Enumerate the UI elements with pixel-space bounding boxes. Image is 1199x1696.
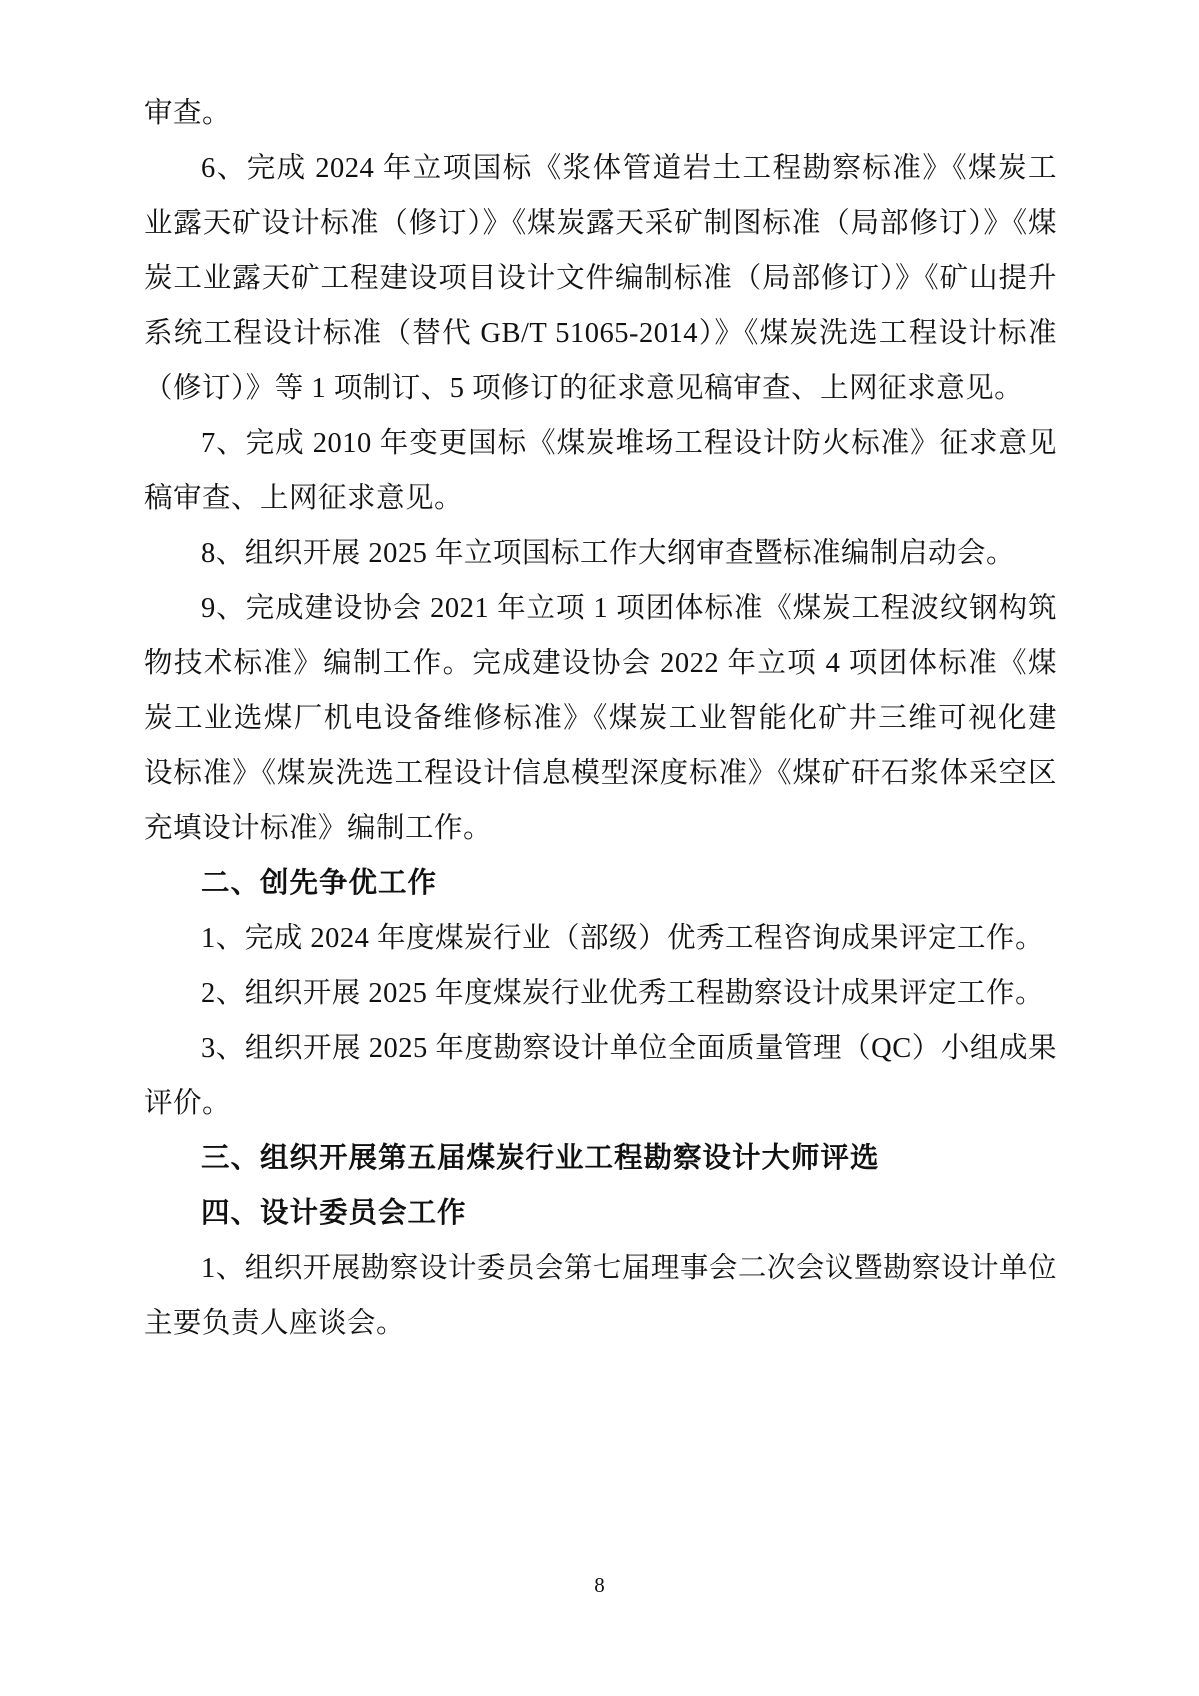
section-heading: 四、设计委员会工作	[144, 1186, 1057, 1241]
paragraph: 3、组织开展 2025 年度勘察设计单位全面质量管理（QC）小组成果评价。	[144, 1021, 1057, 1131]
paragraph: 6、完成 2024 年立项国标《浆体管道岩土工程勘察标准》《煤炭工业露天矿设计标…	[144, 141, 1057, 416]
document-page: 审查。6、完成 2024 年立项国标《浆体管道岩土工程勘察标准》《煤炭工业露天矿…	[0, 0, 1199, 1696]
section-heading: 三、组织开展第五届煤炭行业工程勘察设计大师评选	[144, 1131, 1057, 1186]
page-number: 8	[0, 1570, 1199, 1600]
paragraph: 8、组织开展 2025 年立项国标工作大纲审查暨标准编制启动会。	[144, 526, 1057, 581]
section-heading: 二、创先争优工作	[144, 856, 1057, 911]
paragraph: 2、组织开展 2025 年度煤炭行业优秀工程勘察设计成果评定工作。	[144, 966, 1057, 1021]
document-body: 审查。6、完成 2024 年立项国标《浆体管道岩土工程勘察标准》《煤炭工业露天矿…	[144, 86, 1057, 1351]
paragraph: 1、完成 2024 年度煤炭行业（部级）优秀工程咨询成果评定工作。	[144, 911, 1057, 966]
paragraph: 7、完成 2010 年变更国标《煤炭堆场工程设计防火标准》征求意见稿审查、上网征…	[144, 416, 1057, 526]
paragraph: 9、完成建设协会 2021 年立项 1 项团体标准《煤炭工程波纹钢构筑物技术标准…	[144, 581, 1057, 856]
paragraph: 审查。	[144, 86, 1057, 141]
paragraph: 1、组织开展勘察设计委员会第七届理事会二次会议暨勘察设计单位主要负责人座谈会。	[144, 1241, 1057, 1351]
